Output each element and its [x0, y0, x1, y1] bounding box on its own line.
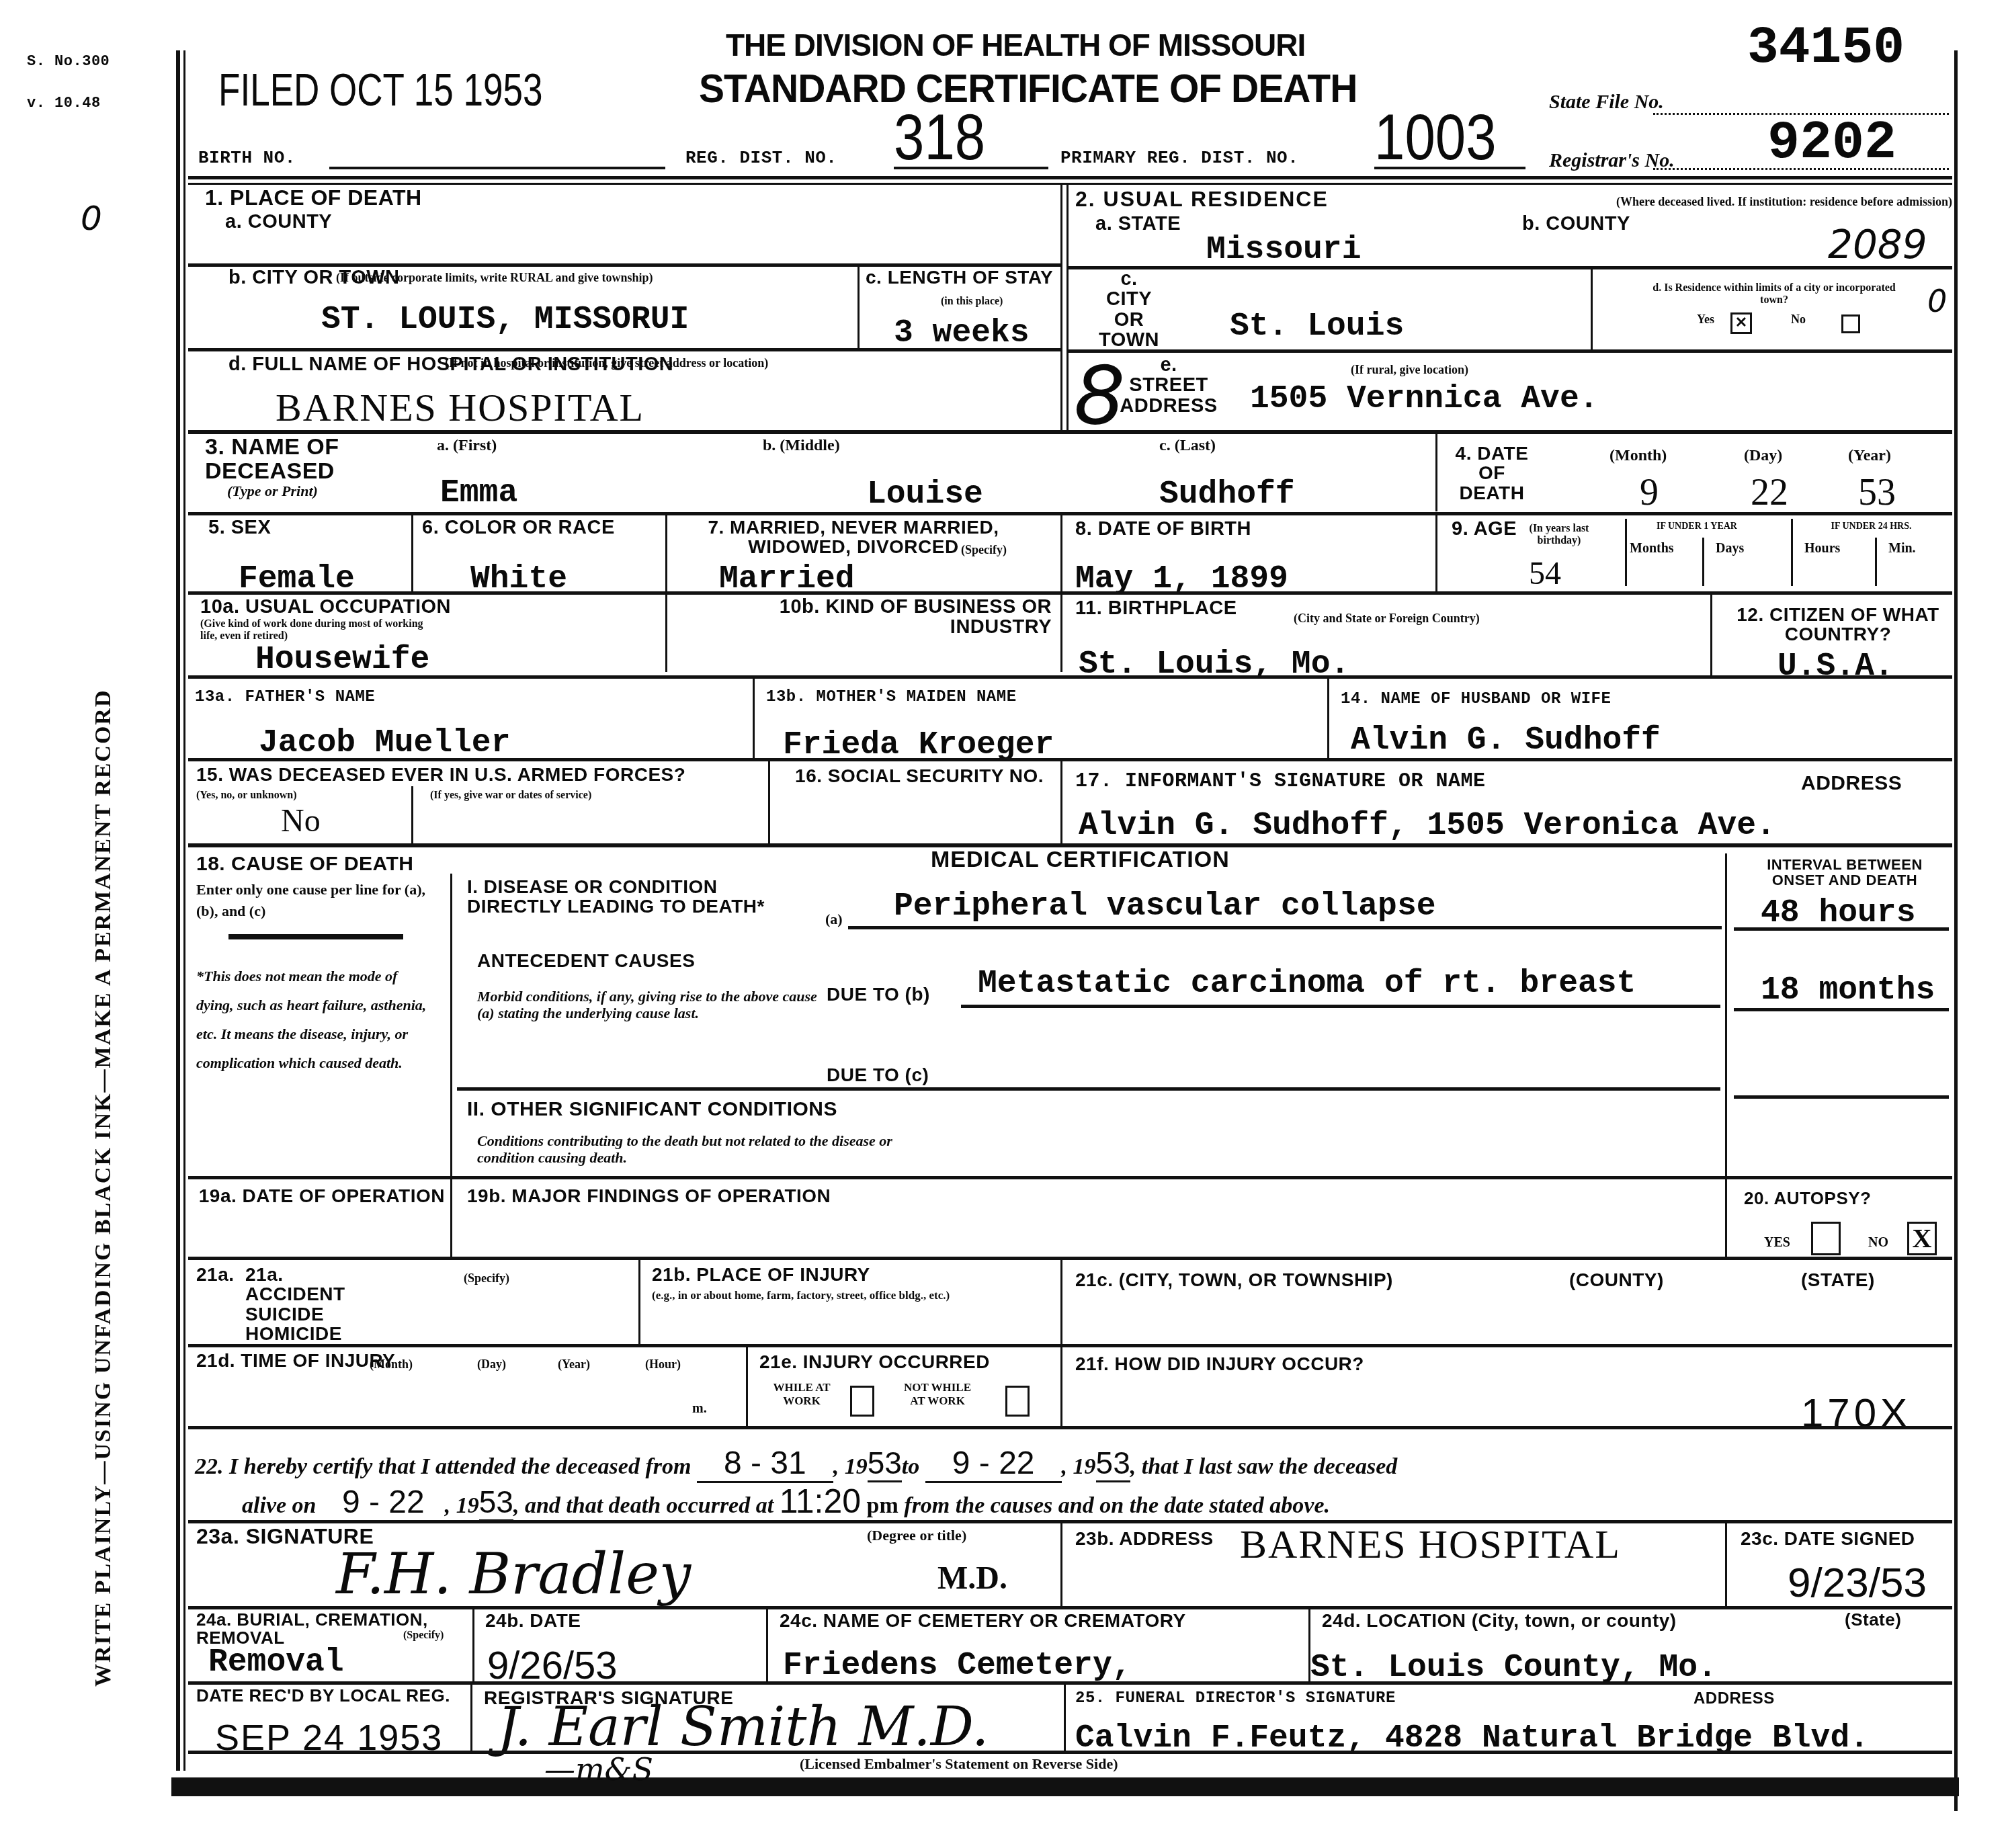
- injury-day-label: (Day): [477, 1357, 506, 1372]
- rule: [1734, 1008, 1949, 1011]
- divider: [1060, 761, 1062, 843]
- attended-from-year: 53: [868, 1445, 902, 1482]
- rule: [188, 1681, 1952, 1685]
- frame-left: [176, 50, 180, 1771]
- attended-to-year: 53: [1096, 1445, 1130, 1482]
- days-label: Days: [1716, 541, 1744, 556]
- attended-from-date: 8 - 31: [697, 1445, 833, 1483]
- middle-name-label: b. (Middle): [763, 437, 840, 456]
- hours-label: Hours: [1804, 541, 1840, 556]
- interval-a-value: 48 hours: [1761, 897, 1915, 929]
- armed-forces-note: (Yes, no, or unknown): [196, 790, 297, 802]
- injury-type-note: (Specify): [464, 1271, 509, 1286]
- funeral-director-value: Calvin F.Feutz, 4828 Natural Bridge Blvd…: [1075, 1722, 1869, 1755]
- armed-forces-value: No: [281, 805, 321, 837]
- registrar-date-label: DATE REC'D BY LOCAL REG.: [196, 1687, 452, 1705]
- age-note: (In years last birthday): [1509, 523, 1609, 548]
- divider-1-2: [1060, 185, 1062, 433]
- rule: [188, 675, 1952, 679]
- burial-date-label: 24b. DATE: [485, 1611, 581, 1630]
- vertical-instruction: WRITE PLAINLY—USING UNFADING BLACK INK—M…: [91, 689, 116, 1687]
- street-note: (If rural, give location): [1351, 363, 1468, 377]
- certify-text: 22. I hereby certify that I attended the…: [195, 1445, 1397, 1482]
- street-label: e. STREET ADDRESS: [1118, 355, 1219, 416]
- certificate-number: 34150: [1747, 19, 1905, 78]
- divider: [411, 786, 413, 843]
- last-name-label: c. (Last): [1159, 437, 1216, 456]
- under-day-label: IF UNDER 24 HRS.: [1796, 521, 1947, 532]
- marital-note: (Specify): [961, 543, 1007, 557]
- rule: [188, 1606, 1952, 1609]
- dod-month-value: 9: [1640, 474, 1659, 511]
- dod-day-value: 22: [1751, 474, 1788, 511]
- date-signed-label: 23c. DATE SIGNED: [1741, 1529, 1915, 1548]
- cemetery-label: 24c. NAME OF CEMETERY OR CREMATORY: [780, 1611, 1186, 1630]
- divider: [1435, 434, 1437, 511]
- res-city-value: St. Louis: [1230, 310, 1404, 343]
- time-of-death: 11:20: [780, 1482, 861, 1522]
- rule: [457, 1087, 1720, 1091]
- divider: [1725, 1522, 1727, 1606]
- alive-on-year: 53: [479, 1484, 513, 1521]
- deceased-name-label: 3. NAME OF DECEASED: [205, 435, 380, 483]
- divider: [768, 761, 770, 843]
- burial-location-label: 24d. LOCATION (City, town, or county): [1322, 1611, 1677, 1630]
- form-revision: v. 10.48: [27, 95, 101, 111]
- res-mark: 0: [1927, 286, 1947, 317]
- res-city-label: c. CITY OR TOWN: [1095, 269, 1163, 351]
- physician-address-label: 23b. ADDRESS: [1075, 1529, 1214, 1548]
- stay-label: c. LENGTH OF STAY: [866, 267, 1053, 287]
- father-label: 13a. FATHER'S NAME: [195, 689, 375, 706]
- rule: [1734, 1095, 1949, 1099]
- while-at-work-checkbox[interactable]: [850, 1386, 874, 1417]
- header-rule: [188, 176, 1952, 179]
- injury-type-label: 21a. ACCIDENT SUICIDE HOMICIDE: [245, 1265, 353, 1344]
- city-note: (If outside corporate limits, write RURA…: [336, 271, 653, 285]
- cause-b-value: Metastatic carcinoma of rt. breast: [978, 968, 1636, 1000]
- res-state-label: a. STATE: [1095, 214, 1181, 234]
- divider: [450, 1179, 452, 1257]
- injury-occurred-label: 21e. INJURY OCCURRED: [759, 1352, 990, 1372]
- certify-text-2: , that I last saw the deceased: [1130, 1454, 1398, 1479]
- first-name-label: a. (First): [437, 437, 497, 456]
- injury-month-label: (Month): [370, 1357, 413, 1372]
- divider: [411, 514, 413, 591]
- death-county-field[interactable]: [403, 228, 1008, 262]
- operation-findings-label: 19b. MAJOR FINDINGS OF OPERATION: [467, 1186, 831, 1206]
- divider: [1327, 677, 1329, 758]
- street-value: 1505 Vernnica Ave.: [1250, 383, 1598, 415]
- rule: [188, 1176, 1952, 1179]
- line-a-marker: (a): [825, 911, 843, 927]
- year-prefix: 19: [845, 1454, 868, 1479]
- reg-dist-underline: [894, 167, 1048, 169]
- spouse-label: 14. NAME OF HUSBAND OR WIFE: [1341, 691, 1611, 708]
- cause-of-death-label: 18. CAUSE OF DEATH: [196, 853, 414, 875]
- reg-dist-label: REG. DIST. NO.: [685, 149, 837, 167]
- race-value: White: [470, 563, 567, 595]
- rule: [188, 1751, 1952, 1754]
- injury-hour-label: (Hour): [645, 1357, 681, 1372]
- dod-year-value: 53: [1858, 474, 1896, 511]
- divider: [1710, 595, 1712, 675]
- rule: [228, 934, 403, 939]
- spouse-value: Alvin G. Sudhoff: [1351, 724, 1661, 757]
- degree-label: (Degree or title): [867, 1527, 966, 1544]
- not-while-at-work-label: NOT WHILE AT WORK: [897, 1381, 978, 1407]
- informant-value: Alvin G. Sudhoff, 1505 Veronica Ave.: [1079, 810, 1775, 842]
- divider: [753, 677, 755, 758]
- autopsy-yes-checkbox[interactable]: [1811, 1222, 1841, 1255]
- dob-value: May 1, 1899: [1075, 563, 1288, 595]
- rule: [1734, 927, 1949, 931]
- certify-text-line2: alive on 9 - 22, 1953, and that death oc…: [242, 1482, 1330, 1521]
- injury-m-label: m.: [692, 1401, 707, 1417]
- injury-state-label: (STATE): [1801, 1270, 1875, 1290]
- res-county-label: b. COUNTY: [1522, 214, 1630, 234]
- funeral-address-label: ADDRESS: [1693, 1690, 1775, 1707]
- injury-county-label: (COUNTY): [1569, 1270, 1664, 1290]
- ssn-label: 16. SOCIAL SECURITY NO.: [782, 766, 1044, 786]
- due-to-c-label: DUE TO (c): [827, 1065, 929, 1085]
- cemetery-value: Friedens Cemetery,: [783, 1650, 1131, 1682]
- last-name-value: Sudhoff: [1159, 478, 1295, 511]
- autopsy-yes-label: YES: [1764, 1235, 1790, 1251]
- informant-label: 17. INFORMANT'S SIGNATURE OR NAME: [1075, 771, 1486, 793]
- divider: [1625, 519, 1627, 586]
- injury-time-label: 21d. TIME OF INJURY: [196, 1351, 395, 1370]
- filed-stamp: FILED OCT 15 1953: [218, 64, 543, 116]
- registrar-no-underline: [1653, 168, 1949, 170]
- divider: [746, 1347, 748, 1427]
- rule: [1062, 591, 1952, 595]
- divider: [470, 1683, 472, 1751]
- divider: [1064, 1683, 1066, 1751]
- dob-label: 8. DATE OF BIRTH: [1075, 519, 1251, 539]
- funeral-director-label: 25. FUNERAL DIRECTOR'S SIGNATURE: [1075, 1690, 1396, 1707]
- res-state-value: Missouri: [1206, 234, 1361, 266]
- frame-left-inner: [183, 50, 185, 1771]
- age-value: 54: [1529, 558, 1561, 590]
- reg-dist-value: 318: [894, 101, 985, 175]
- interval-b-value: 18 months: [1761, 974, 1935, 1007]
- marital-value: Married: [719, 563, 855, 595]
- physician-address-value: BARNES HOSPITAL: [1240, 1524, 1621, 1564]
- injury-how-label: 21f. HOW DID INJURY OCCUR?: [1075, 1354, 1364, 1374]
- sex-value: Female: [239, 563, 355, 595]
- rule: [961, 1005, 1720, 1008]
- middle-name-value: Louise: [867, 478, 983, 511]
- state-file-label: State File No.: [1549, 91, 1664, 114]
- age-label: 9. AGE: [1452, 519, 1517, 539]
- injury-type-label-21a: 21a.: [196, 1265, 235, 1284]
- inside-limits-yes-label: Yes: [1697, 312, 1714, 327]
- rule: [188, 1426, 1952, 1429]
- alive-on-date: 9 - 22: [322, 1484, 445, 1522]
- injury-location-label: 21c. (CITY, TOWN, OR TOWNSHIP): [1075, 1270, 1393, 1290]
- rule: [188, 1520, 1952, 1523]
- cause-a-value: Peripheral vascular collapse: [894, 890, 1436, 923]
- registrar-signature: J. Earl Smith M.D.: [497, 1700, 989, 1754]
- divider: [1060, 1522, 1062, 1606]
- injury-year-label: (Year): [558, 1357, 590, 1372]
- inside-limits-yes-checkbox[interactable]: ✕: [1730, 312, 1752, 334]
- injury-place-note: (e.g., in or about home, farm, factory, …: [652, 1289, 1048, 1302]
- inside-limits-label: d. Is Residence within limits of a city …: [1640, 282, 1909, 307]
- burial-location-value: St. Louis County, Mo.: [1310, 1652, 1717, 1684]
- alive-on-label: alive on: [242, 1493, 316, 1518]
- autopsy-no-label: NO: [1868, 1235, 1888, 1251]
- birthplace-note: (City and State or Foreign Country): [1294, 612, 1480, 626]
- county-label: a. COUNTY: [225, 212, 332, 232]
- rule: [1069, 266, 1952, 269]
- father-value: Jacob Mueller: [259, 727, 510, 759]
- place-of-death-label: 1. PLACE OF DEATH: [205, 187, 422, 210]
- dod-month-label: (Month): [1609, 447, 1667, 466]
- divider: [638, 1260, 640, 1344]
- operation-date-label: 19a. DATE OF OPERATION: [196, 1186, 445, 1206]
- certify-text-3: , and that death occurred at: [513, 1493, 773, 1518]
- year-prefix: 19: [1073, 1454, 1096, 1479]
- race-label: 6. COLOR OR RACE: [422, 517, 615, 538]
- first-name-value: Emma: [440, 477, 517, 509]
- burial-method-value: Removal: [208, 1646, 344, 1679]
- mother-value: Frieda Kroeger: [783, 729, 1054, 761]
- certify-text-4: from the causes and on the date stated a…: [904, 1493, 1330, 1518]
- dod-day-label: (Day): [1744, 447, 1782, 466]
- business-label: 10b. KIND OF BUSINESS OR INDUSTRY: [675, 597, 1052, 638]
- rule: [188, 348, 1060, 351]
- primary-reg-dist-label: PRIMARY REG. DIST. NO.: [1060, 149, 1298, 167]
- occupation-note: (Give kind of work done during most of w…: [200, 618, 429, 643]
- part2-note: Conditions contributing to the death but…: [477, 1132, 948, 1167]
- frame-right: [1954, 50, 1958, 1811]
- primary-reg-dist-underline: [1374, 167, 1525, 169]
- registrar-initials: —m&S: [544, 1754, 653, 1785]
- cause-instructions: Enter only one cause per line for (a), (…: [196, 879, 438, 922]
- degree-value: M.D.: [937, 1562, 1007, 1595]
- divider: [1725, 853, 1727, 1176]
- stay-note: (in this place): [941, 296, 1003, 308]
- divider-1-2b: [1066, 185, 1069, 433]
- year-prefix: 19: [456, 1493, 479, 1518]
- death-city-value: ST. LOUIS, MISSORUI: [321, 304, 689, 336]
- stay-value: 3 weeks: [894, 317, 1030, 349]
- mother-label: 13b. MOTHER'S MAIDEN NAME: [766, 689, 1017, 706]
- armed-forces-label: 15. WAS DECEASED EVER IN U.S. ARMED FORC…: [196, 765, 685, 784]
- birth-no-label: BIRTH NO.: [198, 149, 296, 167]
- dod-label: 4. DATE OF DEATH: [1452, 444, 1532, 503]
- inside-limits-no-label: No: [1791, 312, 1806, 327]
- birthplace-label: 11. BIRTHPLACE: [1075, 598, 1237, 618]
- divider: [1791, 519, 1793, 586]
- divider: [1875, 538, 1877, 586]
- agency-name: THE DIVISION OF HEALTH OF MISSOURI: [726, 27, 1305, 63]
- burial-state-label: (State): [1845, 1611, 1901, 1629]
- divider: [1435, 514, 1437, 591]
- divider: [1725, 1179, 1727, 1257]
- months-label: Months: [1630, 541, 1674, 556]
- res-county-code: 2089: [1828, 225, 1927, 264]
- under-year-label: IF UNDER 1 YEAR: [1630, 521, 1764, 532]
- hospital-value: BARNES HOSPITAL: [276, 388, 644, 427]
- rule: [188, 758, 1952, 761]
- form-number: S. No.300: [27, 54, 110, 69]
- while-at-work-label: WHILE AT WORK: [758, 1381, 845, 1407]
- divider: [1591, 267, 1593, 349]
- registrar-no-value: 9202: [1767, 113, 1896, 174]
- divider: [472, 1608, 474, 1682]
- armed-forces-service-note: (If yes, give war or dates of service): [430, 790, 591, 802]
- res-mark-eight: 8: [1074, 356, 1125, 437]
- usual-residence-label: 2. USUAL RESIDENCE: [1075, 188, 1329, 211]
- cause-footnote: *This does not mean the mode of dying, s…: [196, 962, 438, 1078]
- certificate-title: STANDARD CERTIFICATE OF DEATH: [699, 65, 1357, 112]
- citizen-label: 12. CITIZEN OF WHAT COUNTRY?: [1727, 605, 1949, 644]
- part2-label: II. OTHER SIGNIFICANT CONDITIONS: [467, 1099, 837, 1120]
- rule: [848, 926, 1722, 929]
- date-signed-value: 9/23/53: [1788, 1559, 1927, 1607]
- attended-to-date: 9 - 22: [925, 1445, 1062, 1483]
- rule: [188, 1344, 1952, 1347]
- occupation-value: Housewife: [255, 644, 429, 676]
- medical-certification-title: MEDICAL CERTIFICATION: [931, 848, 1230, 872]
- rule: [188, 591, 1060, 595]
- divider: [450, 874, 452, 1176]
- type-or-print-note: (Type or Print): [227, 482, 318, 499]
- burial-method-note: (Specify): [403, 1630, 444, 1642]
- sex-label: 5. SEX: [208, 517, 271, 538]
- to-word: to: [902, 1454, 919, 1479]
- autopsy-no-checkbox[interactable]: X: [1907, 1222, 1937, 1255]
- autopsy-label: 20. AUTOPSY?: [1744, 1189, 1872, 1208]
- min-label: Min.: [1888, 541, 1916, 556]
- injury-place-label: 21b. PLACE OF INJURY: [652, 1265, 870, 1284]
- embalmer-note: (Licensed Embalmer's Statement on Revers…: [800, 1755, 1118, 1772]
- birth-no-field[interactable]: [329, 167, 665, 169]
- divider: [1702, 538, 1704, 586]
- occupation-label: 10a. USUAL OCCUPATION: [200, 597, 451, 617]
- hospital-note: (If not in hospital or institution, give…: [445, 356, 768, 370]
- usual-residence-note: (Where deceased lived. If institution: r…: [1415, 195, 1952, 209]
- antecedent-note: Morbid conditions, if any, giving rise t…: [477, 988, 827, 1022]
- antecedent-label: ANTECEDENT CAUSES: [477, 951, 695, 970]
- interval-label: INTERVAL BETWEEN ONSET AND DEATH: [1741, 857, 1949, 888]
- inside-limits-no-checkbox[interactable]: [1841, 314, 1860, 333]
- rule: [188, 430, 1952, 434]
- rule: [188, 512, 1952, 515]
- frame-bottom-bar: [171, 1777, 1959, 1796]
- certify-text-1: 22. I hereby certify that I attended the…: [195, 1454, 691, 1479]
- informant-address-label: ADDRESS: [1801, 773, 1902, 794]
- time-ampm: pm: [867, 1493, 898, 1518]
- dod-year-label: (Year): [1848, 447, 1891, 466]
- physician-signature: F.H. Bradley: [336, 1546, 691, 1602]
- rule: [1069, 349, 1952, 353]
- part1-label: I. DISEASE OR CONDITION DIRECTLY LEADING…: [467, 877, 783, 917]
- not-while-at-work-checkbox[interactable]: [1005, 1386, 1030, 1417]
- primary-reg-dist-value: 1003: [1374, 101, 1497, 175]
- due-to-b-label: DUE TO (b): [827, 984, 930, 1004]
- rule: [188, 1257, 1952, 1260]
- divider: [766, 1608, 768, 1682]
- margin-mark: 0: [81, 202, 102, 235]
- divider: [857, 265, 860, 349]
- header-rule-2: [188, 183, 1952, 185]
